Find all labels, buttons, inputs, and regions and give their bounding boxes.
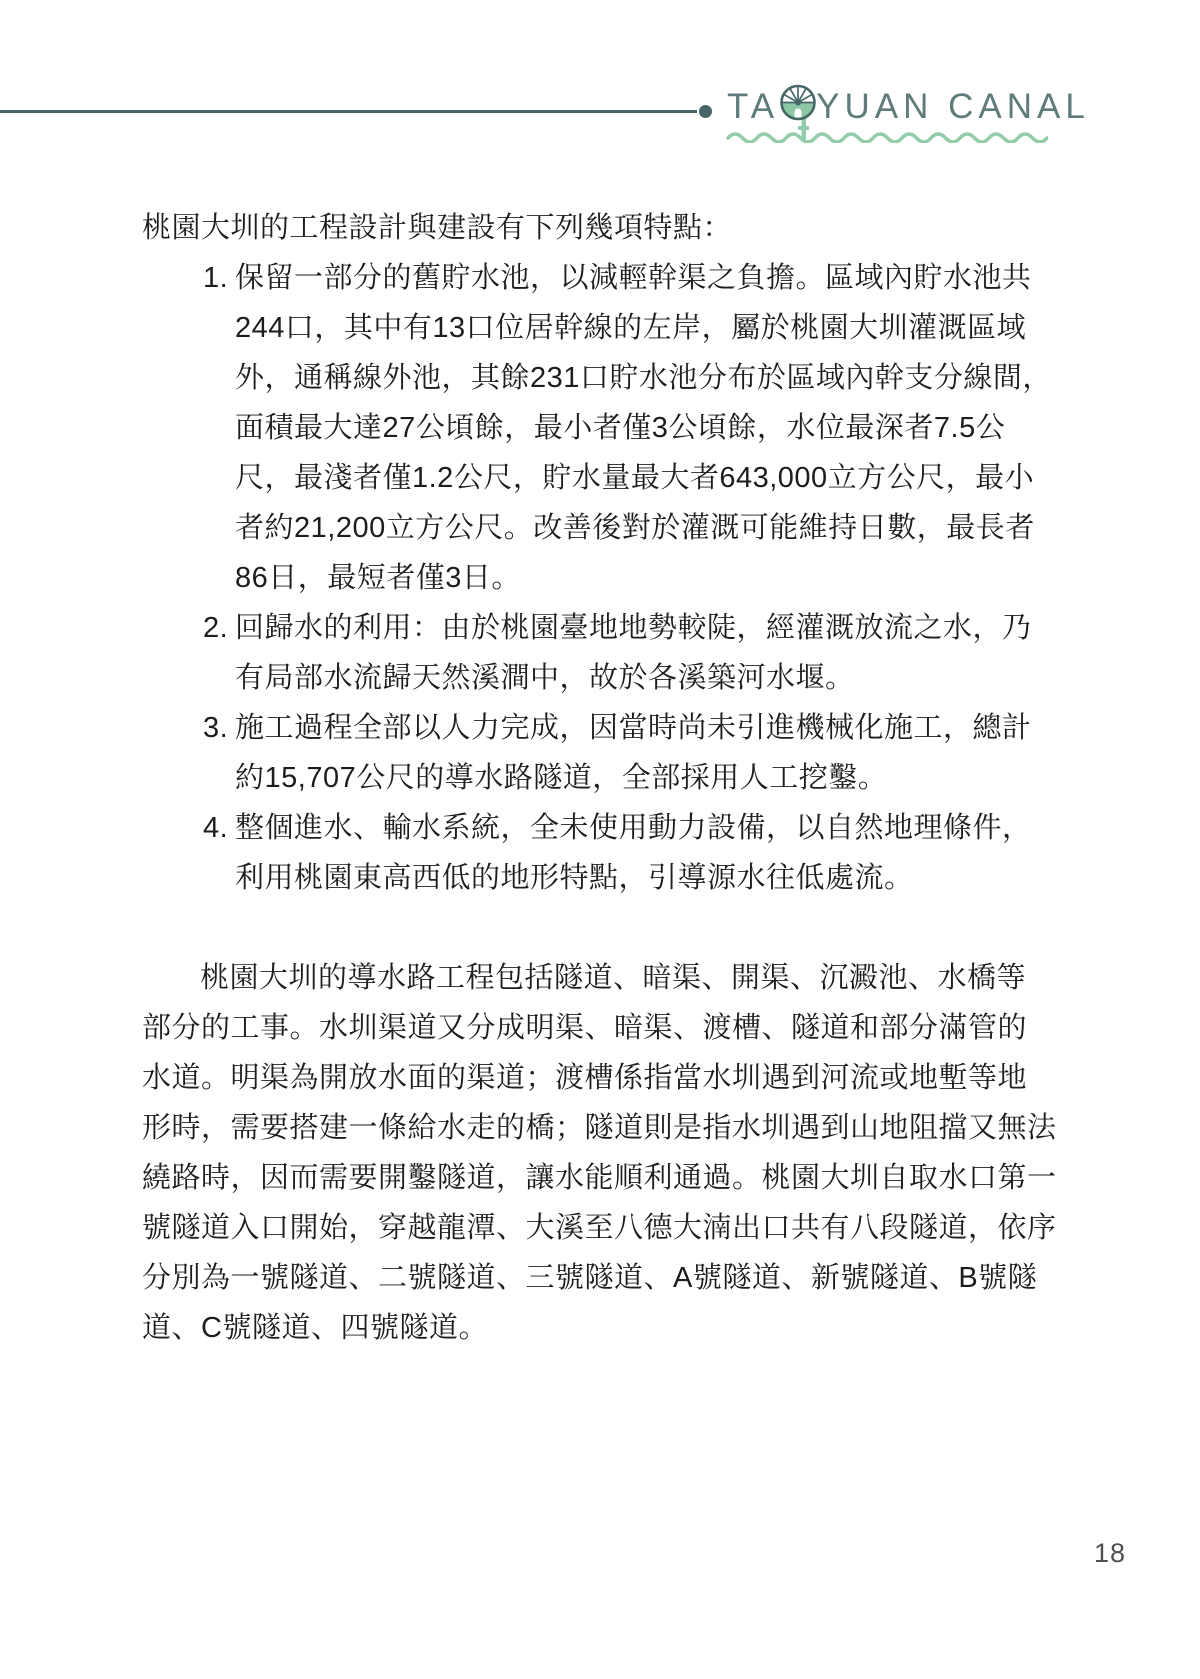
list-item-1: 1.保留一部分的舊貯水池，以減輕幹渠之負擔。區域內貯水池共 [142,253,1082,303]
list-item-2-line: 有局部水流歸天然溪澗中，故於各溪築河水堰。 [142,653,1082,703]
brand-text-post: YUAN CANAL [816,88,1090,126]
paragraph-line: 部分的工事。水圳渠道又分成明渠、暗渠、渡槽、隧道和部分滿管的 [142,1003,1082,1053]
paragraph-line: 分別為一號隧道、二號隧道、三號隧道、A號隧道、新號隧道、B號隧 [142,1253,1082,1303]
header-rule-line [0,110,697,113]
list-item-1-line: 244口，其中有13口位居幹線的左岸，屬於桃園大圳灌溉區域 [142,303,1082,353]
list-item-text: 施工過程全部以人力完成，因當時尚未引進機械化施工，總計 [235,712,1032,744]
list-item-text: 整個進水、輸水系統，全未使用動力設備，以自然地理條件， [235,812,1032,844]
list-item-text: 回歸水的利用：由於桃園臺地地勢較陡，經灌溉放流之水，乃 [235,612,1032,644]
list-item-number: 1. [203,253,235,303]
paragraph-line: 形時，需要搭建一條給水走的橋；隧道則是指水圳遇到山地阻擋又無法 [142,1103,1082,1153]
blank-line [142,903,1082,953]
wave-underline-icon [726,127,1048,143]
list-item-number: 2. [203,603,235,653]
paragraph-line: 水道。明渠為開放水面的渠道；渡槽係指當水圳遇到河流或地塹等地 [142,1053,1082,1103]
list-item-4-line: 利用桃園東高西低的地形特點，引導源水往低處流。 [142,853,1082,903]
header-rule-dot [699,105,712,118]
page-number: 18 [1094,1538,1126,1569]
intro-line: 桃園大圳的工程設計與建設有下列幾項特點： [142,203,1082,253]
paragraph-line: 道、C號隧道、四號隧道。 [142,1303,1082,1353]
list-item-2: 2.回歸水的利用：由於桃園臺地地勢較陡，經灌溉放流之水，乃 [142,603,1082,653]
paragraph-line: 號隧道入口開始，穿越龍潭、大溪至八德大湳出口共有八段隧道，依序 [142,1203,1082,1253]
list-item-1-line: 尺，最淺者僅1.2公尺，貯水量最大者643,000立方公尺，最小 [142,453,1082,503]
paragraph-line: 桃園大圳的導水路工程包括隧道、暗渠、開渠、沉澱池、水橋等 [142,953,1082,1003]
list-item-number: 3. [203,703,235,753]
list-item-1-line: 外，通稱線外池，其餘231口貯水池分布於區域內幹支分線間， [142,353,1082,403]
list-item-3: 3.施工過程全部以人力完成，因當時尚未引進機械化施工，總計 [142,703,1082,753]
list-item-1-line: 86日，最短者僅3日。 [142,553,1082,603]
list-item-3-line: 約15,707公尺的導水路隧道，全部採用人工挖鑿。 [142,753,1082,803]
list-item-1-line: 者約21,200立方公尺。改善後對於灌溉可能維持日數，最長者 [142,503,1082,553]
waterwheel-icon [778,82,818,156]
list-item-4: 4.整個進水、輸水系統，全未使用動力設備，以自然地理條件， [142,803,1082,853]
list-item-1-line: 面積最大達27公頃餘，最小者僅3公頃餘，水位最深者7.5公 [142,403,1082,453]
list-item-number: 4. [203,803,235,853]
document-page: TA [0,0,1200,1679]
brand-text-pre: TA [727,88,779,126]
paragraph-line: 繞路時，因而需要開鑿隧道，讓水能順利通過。桃園大圳自取水口第一 [142,1153,1082,1203]
body-text: 桃園大圳的工程設計與建設有下列幾項特點： 1.保留一部分的舊貯水池，以減輕幹渠之… [142,203,1082,1353]
list-item-text: 保留一部分的舊貯水池，以減輕幹渠之負擔。區域內貯水池共 [235,262,1032,294]
